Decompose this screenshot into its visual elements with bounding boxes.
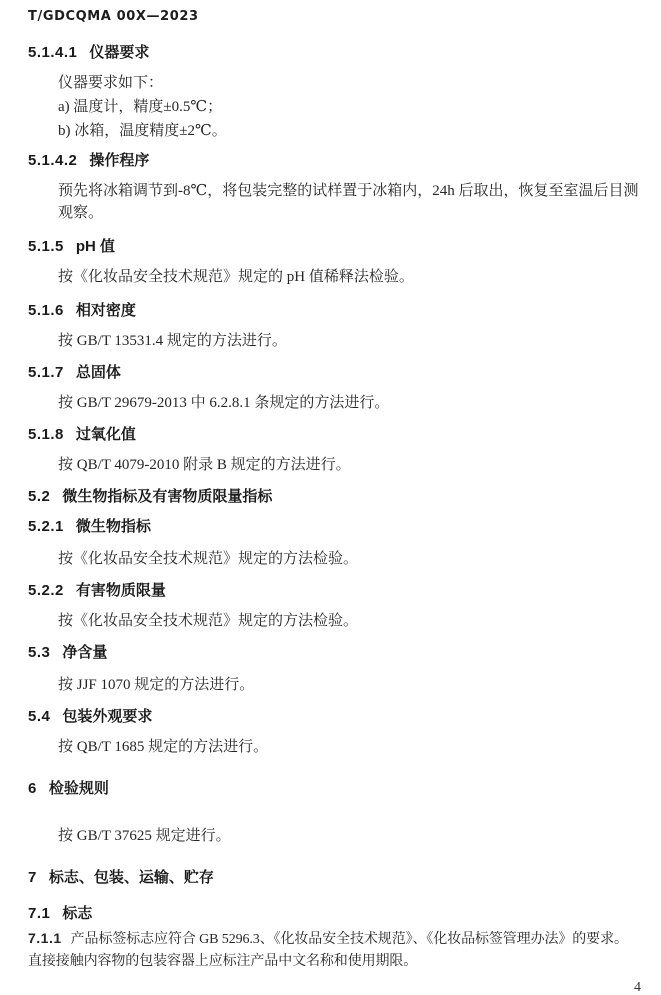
heading-number: 5.1.8 [28,424,64,446]
para-item-b: b) 冰箱，温度精度±2℃。 [28,120,641,142]
para-ph: 按《化妆品安全技术规范》规定的 pH 值稀释法检验。 [28,266,641,288]
para-package: 按 QB/T 1685 规定的方法进行。 [28,736,641,758]
heading-number: 5.1.5 [28,236,64,258]
heading-5-1-7: 5.1.7 总固体 [28,362,641,384]
heading-number: 5.4 [28,706,50,728]
para-net-content: 按 JJF 1070 规定的方法进行。 [28,674,641,696]
heading-5-1-6: 5.1.6 相对密度 [28,300,641,322]
heading-title: 操作程序 [89,150,149,172]
para-peroxide: 按 QB/T 4079-2010 附录 B 规定的方法进行。 [28,454,641,476]
heading-5-1-4-2: 5.1.4.2 操作程序 [28,150,641,172]
heading-title: 标志、包装、运输、贮存 [49,867,214,889]
heading-6: 6 检验规则 [28,778,641,800]
para-procedure: 预先将冰箱调节到-8℃，将包装完整的试样置于冰箱内，24h 后取出，恢复至室温后… [28,180,641,224]
document-page: T/GDCQMA 00X—2023 5.1.4.1 仪器要求 仪器要求如下： a… [0,0,661,995]
heading-title: 包装外观要求 [62,706,152,728]
para-density: 按 GB/T 13531.4 规定的方法进行。 [28,330,641,352]
heading-number: 6 [28,778,37,800]
heading-number: 5.2 [28,486,50,508]
clause-text: 产品标签标志应符合 GB 5296.3、《化妆品安全技术规范》、《化妆品标签管理… [28,932,628,969]
heading-number: 7 [28,867,37,889]
heading-title: 净含量 [62,642,107,664]
heading-number: 5.2.1 [28,516,64,538]
para-solids: 按 GB/T 29679-2013 中 6.2.8.1 条规定的方法进行。 [28,392,641,414]
page-number: 4 [28,979,641,995]
heading-number: 5.1.4.2 [28,150,77,172]
doc-code: T/GDCQMA 00X—2023 [28,8,641,26]
heading-title: 微生物指标及有害物质限量指标 [62,486,272,508]
heading-5-2: 5.2 微生物指标及有害物质限量指标 [28,486,641,508]
heading-number: 5.1.7 [28,362,64,384]
para-item-a: a) 温度计，精度±0.5℃； [28,96,641,118]
heading-title: 检验规则 [49,778,109,800]
heading-number: 5.1.6 [28,300,64,322]
heading-7: 7 标志、包装、运输、贮存 [28,867,641,889]
heading-5-1-5: 5.1.5 pH 值 [28,236,641,258]
heading-title: 过氧化值 [76,424,136,446]
heading-title: pH 值 [76,236,115,258]
heading-5-4: 5.4 包装外观要求 [28,706,641,728]
para-7-1-1: 7.1.1产品标签标志应符合 GB 5296.3、《化妆品安全技术规范》、《化妆… [28,927,641,973]
heading-number: 5.3 [28,642,50,664]
para-instrument-intro: 仪器要求如下： [28,72,641,94]
heading-5-2-1: 5.2.1 微生物指标 [28,516,641,538]
heading-5-3: 5.3 净含量 [28,642,641,664]
heading-7-1: 7.1 标志 [28,903,641,925]
heading-title: 标志 [62,903,92,925]
heading-title: 有害物质限量 [76,580,166,602]
heading-title: 总固体 [76,362,121,384]
heading-title: 相对密度 [76,300,136,322]
para-micro: 按《化妆品安全技术规范》规定的方法检验。 [28,548,641,570]
heading-5-2-2: 5.2.2 有害物质限量 [28,580,641,602]
heading-5-1-4-1: 5.1.4.1 仪器要求 [28,42,641,64]
heading-number: 7.1 [28,903,50,925]
heading-5-1-8: 5.1.8 过氧化值 [28,424,641,446]
para-harmful: 按《化妆品安全技术规范》规定的方法检验。 [28,610,641,632]
heading-number: 5.2.2 [28,580,64,602]
heading-number: 5.1.4.1 [28,42,77,64]
heading-title: 微生物指标 [76,516,151,538]
heading-title: 仪器要求 [89,42,149,64]
clause-number: 7.1.1 [28,930,62,946]
para-inspection: 按 GB/T 37625 规定进行。 [28,825,641,847]
